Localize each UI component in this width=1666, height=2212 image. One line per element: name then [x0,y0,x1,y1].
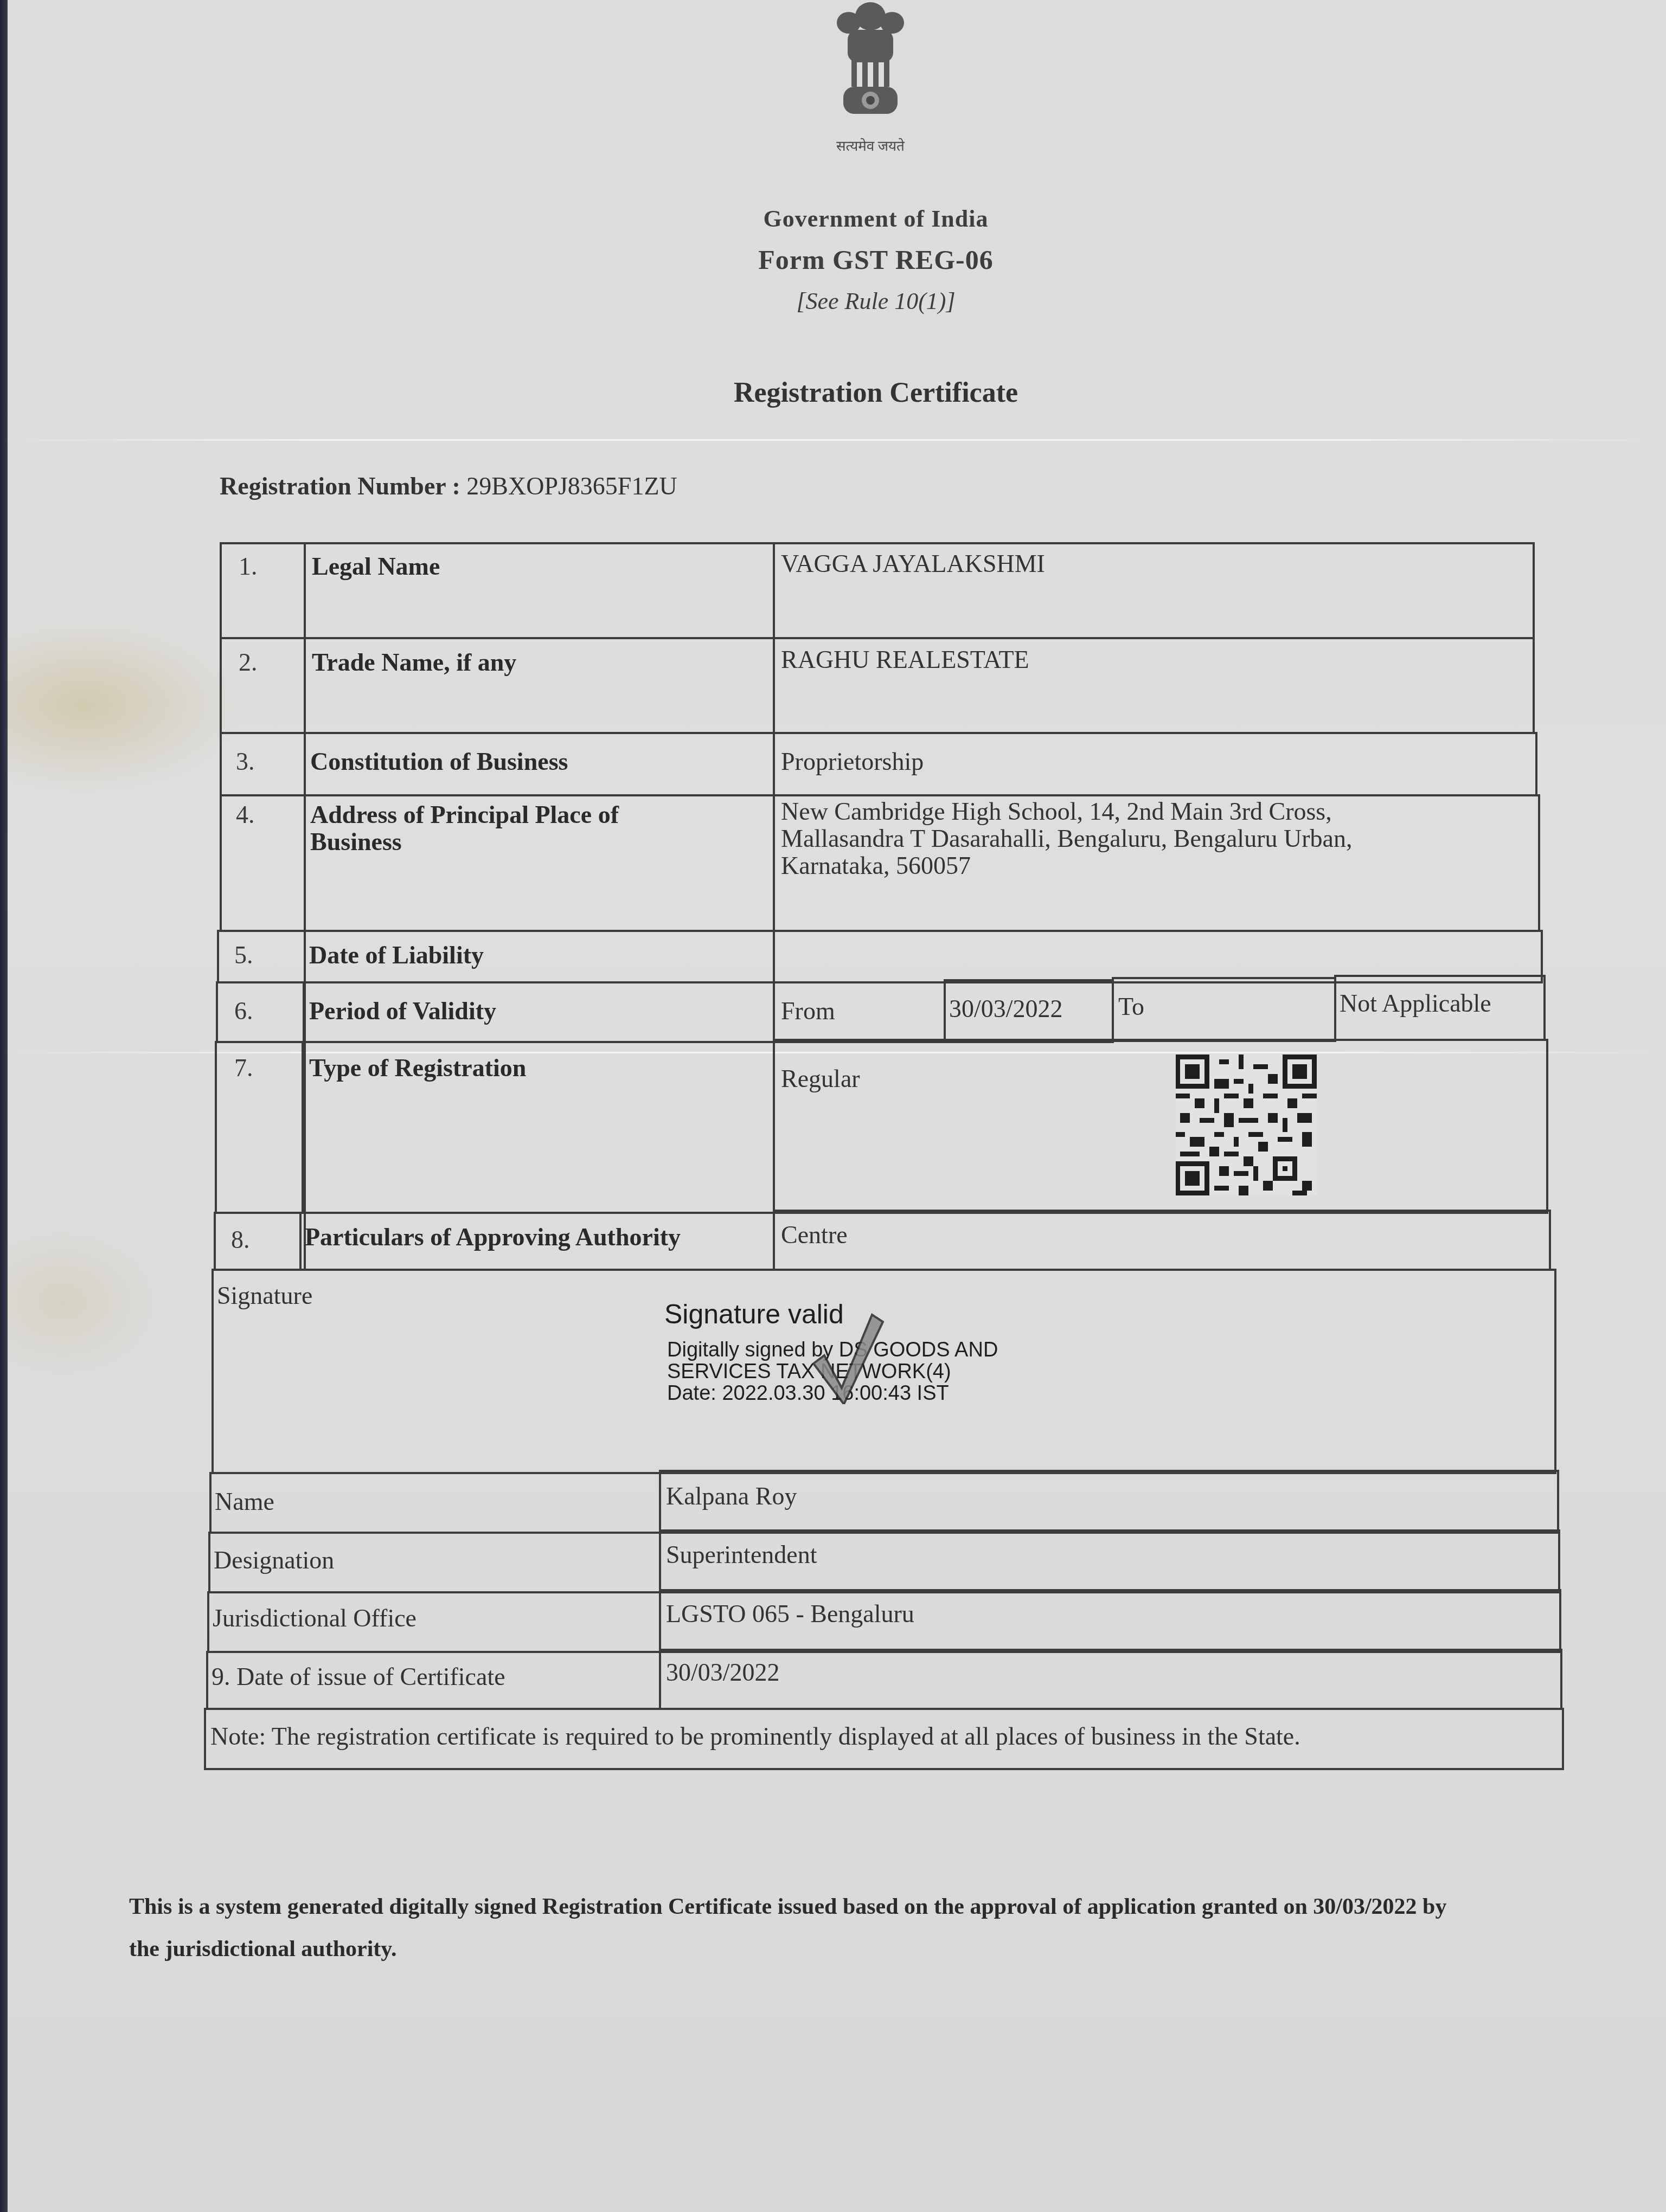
legal-name-value: VAGGA JAYALAKSHMI [781,550,1045,577]
footer-line: This is a system generated digitally sig… [129,1886,1637,1928]
row-number: 6. [234,998,253,1025]
footer-line: the jurisdictional authority. [129,1928,1637,1970]
constitution-label: Constitution of Business [310,748,568,775]
designation-value: Superintendent [666,1541,817,1568]
government-heading: Government of India [0,205,1666,233]
background-edge [0,0,8,2212]
date-of-issue-label: 9. Date of issue of Certificate [212,1663,505,1690]
row-number: 3. [236,748,255,775]
address-value: New Cambridge High School, 14, 2nd Main … [781,798,1352,879]
table-cell [773,1039,1548,1214]
certificate-title: Registration Certificate [0,377,1666,409]
jurisdictional-office-label: Jurisdictional Office [213,1605,416,1632]
emblem-motto: सत्यमेव जयते [827,136,914,155]
row-number: 8. [231,1226,250,1253]
address-line: Karnataka, 560057 [781,852,1352,879]
signature-label: Signature [217,1282,312,1309]
address-line: Mallasandra T Dasarahalli, Bengaluru, Be… [781,825,1352,852]
validity-from-label: From [781,998,835,1025]
row-number: 1. [239,553,258,580]
table-cell [220,637,306,734]
officer-name-label: Name [215,1488,274,1515]
row-number: 5. [234,942,253,969]
qr-code-icon [1174,1054,1318,1195]
table-cell [216,981,306,1043]
trade-name-value: RAGHU REALESTATE [781,646,1029,673]
legal-name-label: Legal Name [312,553,440,580]
row-number: 7. [234,1054,253,1082]
table-cell [1112,977,1336,1042]
display-note: Note: The registration certificate is re… [210,1723,1300,1750]
address-label-line: Business [310,828,619,856]
type-of-registration-label: Type of Registration [309,1054,526,1082]
address-line: New Cambridge High School, 14, 2nd Main … [781,798,1352,825]
table-cell [220,794,306,932]
constitution-value: Proprietorship [781,748,924,775]
registration-number-line: Registration Number : 29BXOPJ8365F1ZU [220,472,677,500]
date-of-liability-label: Date of Liability [309,942,484,969]
table-cell [214,1212,306,1271]
date-of-issue-value: 30/03/2022 [666,1659,780,1686]
address-label: Address of Principal Place of Business [310,801,619,856]
validity-to-value: Not Applicable [1340,990,1491,1017]
table-cell [217,930,306,983]
trade-name-label: Trade Name, if any [312,649,516,676]
rule-reference: [See Rule 10(1)] [0,287,1666,315]
row-number: 2. [239,649,258,676]
approving-authority-label: Particulars of Approving Authority [305,1224,681,1251]
validity-to-label: To [1118,993,1144,1020]
paper-crease [0,439,1666,441]
row-number: 4. [236,801,255,828]
designation-label: Designation [214,1547,334,1574]
table-cell [659,1649,1562,1710]
checkmark-icon [808,1312,884,1404]
officer-name-value: Kalpana Roy [666,1483,797,1510]
table-cell [773,1210,1551,1271]
approving-authority-value: Centre [781,1221,848,1249]
address-label-line: Address of Principal Place of [310,801,619,828]
national-emblem-icon [822,0,919,130]
table-cell [220,732,306,796]
validity-from-date: 30/03/2022 [949,995,1063,1023]
system-generated-footer: This is a system generated digitally sig… [129,1886,1637,1970]
table-cell [220,542,306,639]
period-of-validity-label: Period of Validity [309,998,496,1025]
form-heading: Form GST REG-06 [0,244,1666,275]
jurisdictional-office-value: LGSTO 065 - Bengaluru [666,1600,914,1628]
table-cell [209,1472,661,1534]
registration-number-label: Registration Number : [220,472,460,500]
type-of-registration-value: Regular [781,1065,860,1092]
table-cell [215,1041,306,1214]
registration-number-value: 29BXOPJ8365F1ZU [466,472,677,500]
